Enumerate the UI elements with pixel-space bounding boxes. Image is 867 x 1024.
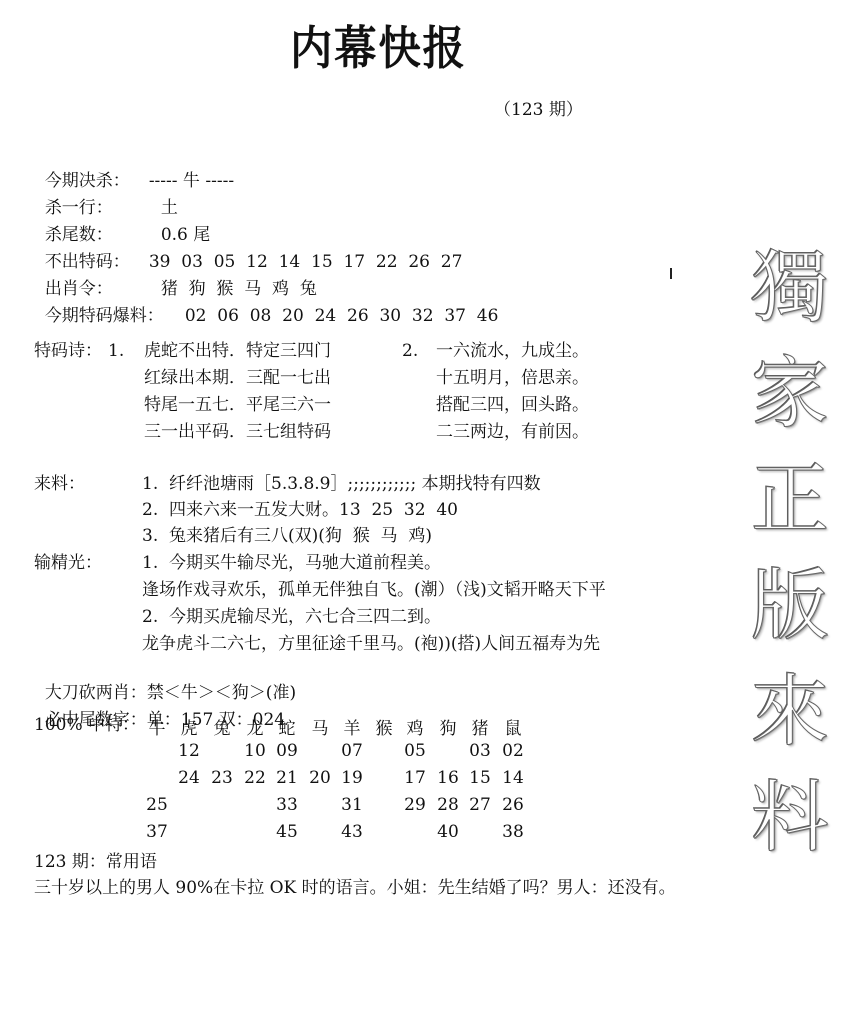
zodiac-number-cell: 25 xyxy=(141,795,173,815)
zodiac-header-cell: 马 xyxy=(304,714,336,739)
summary-value: 02 06 08 20 24 26 30 32 37 46 xyxy=(185,306,499,326)
zodiac-number-cell: 20 xyxy=(304,768,336,788)
sources-item: 3. 兔来猪后有三八(双)(狗 猴 马 鸡) xyxy=(142,525,432,547)
zodiac-number-cell: 10 xyxy=(239,741,271,761)
zodiac-header-cell: 猴 xyxy=(368,714,400,739)
zodiac-number-cell: 15 xyxy=(464,768,496,788)
poem-label: 特码诗： xyxy=(34,340,102,362)
poem-line: 二三两边，有前因。 xyxy=(436,421,589,443)
footer-heading: 123 期：常用语 xyxy=(34,851,157,873)
zodiac-header-cell: 蛇 xyxy=(271,714,303,739)
zodiac-header-cell: 牛 xyxy=(141,714,173,739)
zodiac-number-cell: 37 xyxy=(141,822,173,842)
poem-part1-number: 1. xyxy=(108,340,124,362)
zodiac-header-cell: 龙 xyxy=(239,714,271,739)
lose-line: 1. 今期买牛输尽光，马驰大道前程美。 xyxy=(142,552,441,574)
sources-item: 2. 四来六来一五发大财。13 25 32 40 xyxy=(142,499,458,521)
zodiac-number-cell: 03 xyxy=(464,741,496,761)
poem-line: 三一出平码．三七组特码 xyxy=(144,421,331,443)
lose-label: 输精光： xyxy=(34,552,102,574)
watermark-char: 版 xyxy=(751,553,829,659)
zodiac-number-cell: 31 xyxy=(336,795,368,815)
zodiac-header-cell: 狗 xyxy=(432,714,464,739)
zodiac-number-cell: 09 xyxy=(271,741,303,761)
watermark-char: 家 xyxy=(751,341,829,447)
zodiac-number-cell: 16 xyxy=(432,768,464,788)
zodiac-number-cell: 02 xyxy=(497,741,529,761)
zodiac-number-cell: 14 xyxy=(497,768,529,788)
zodiac-number-cell: 07 xyxy=(336,741,368,761)
page-title: 内幕快报 xyxy=(290,12,467,78)
zodiac-number-cell: 19 xyxy=(336,768,368,788)
watermark-vertical: 獨 家 正 版 來 料 xyxy=(735,235,845,871)
issue-number: （123 期） xyxy=(494,95,583,120)
watermark-char: 料 xyxy=(751,765,829,871)
poem-line: 特尾一五七．平尾三六一 xyxy=(144,394,331,416)
zodiac-number-cell: 33 xyxy=(271,795,303,815)
poem-line: 红绿出本期．三配一七出 xyxy=(144,367,331,389)
zodiac-header-cell: 虎 xyxy=(173,714,205,739)
poem-line: 搭配三四，回头路。 xyxy=(436,394,589,416)
sources-label: 来料： xyxy=(34,473,85,495)
zodiac-header-cell: 羊 xyxy=(336,714,368,739)
lose-line: 逢场作戏寻欢乐，孤单无伴独自飞。(潮）（浅)文韬开略天下平 xyxy=(142,579,606,601)
lose-line: 2. 今期买虎输尽光，六七合三四二到。 xyxy=(142,606,441,628)
sources-item: 1. 纤纤池塘雨［5.3.8.9］;;;;;;;;;;;; 本期找特有四数 xyxy=(142,473,541,495)
zodiac-number-cell: 45 xyxy=(271,822,303,842)
zodiac-table-label: 100% 中特： xyxy=(34,714,139,736)
poem-line: 一六流水，九成尘。 xyxy=(436,340,589,362)
zodiac-number-cell: 28 xyxy=(432,795,464,815)
footer-text: 三十岁以上的男人 90%在卡拉 OK 时的语言。小姐：先生结婚了吗？男人：还没有… xyxy=(34,877,676,899)
zodiac-number-cell: 05 xyxy=(399,741,431,761)
poem-part2-number: 2. xyxy=(402,340,418,362)
zodiac-number-cell: 22 xyxy=(239,768,271,788)
zodiac-number-cell: 27 xyxy=(464,795,496,815)
zodiac-number-cell: 29 xyxy=(399,795,431,815)
scan-mark xyxy=(670,268,672,279)
zodiac-number-cell: 43 xyxy=(336,822,368,842)
summary-row-tips: 今期特码爆料：02 06 08 20 24 26 30 32 37 46 xyxy=(34,283,498,327)
zodiac-header-cell: 兔 xyxy=(206,714,238,739)
watermark-char: 來 xyxy=(751,659,829,765)
zodiac-number-cell: 38 xyxy=(497,822,529,842)
lose-line: 龙争虎斗二六七，方里征途千里马。(袍))(搭)人间五福寿为先 xyxy=(142,633,600,655)
zodiac-number-cell: 26 xyxy=(497,795,529,815)
poem-line: 十五明月，倍思亲。 xyxy=(436,367,589,389)
watermark-char: 獨 xyxy=(751,235,829,341)
summary-label: 今期特码爆料： xyxy=(45,305,185,327)
zodiac-number-cell: 17 xyxy=(399,768,431,788)
watermark-char: 正 xyxy=(751,447,829,553)
zodiac-number-cell: 23 xyxy=(206,768,238,788)
zodiac-number-cell: 12 xyxy=(173,741,205,761)
zodiac-number-cell: 24 xyxy=(173,768,205,788)
zodiac-header-cell: 鼠 xyxy=(497,714,529,739)
zodiac-header-cell: 鸡 xyxy=(399,714,431,739)
zodiac-number-cell: 40 xyxy=(432,822,464,842)
poem-line: 虎蛇不出特．特定三四门 xyxy=(144,340,331,362)
zodiac-number-cell: 21 xyxy=(271,768,303,788)
zodiac-header-cell: 猪 xyxy=(464,714,496,739)
